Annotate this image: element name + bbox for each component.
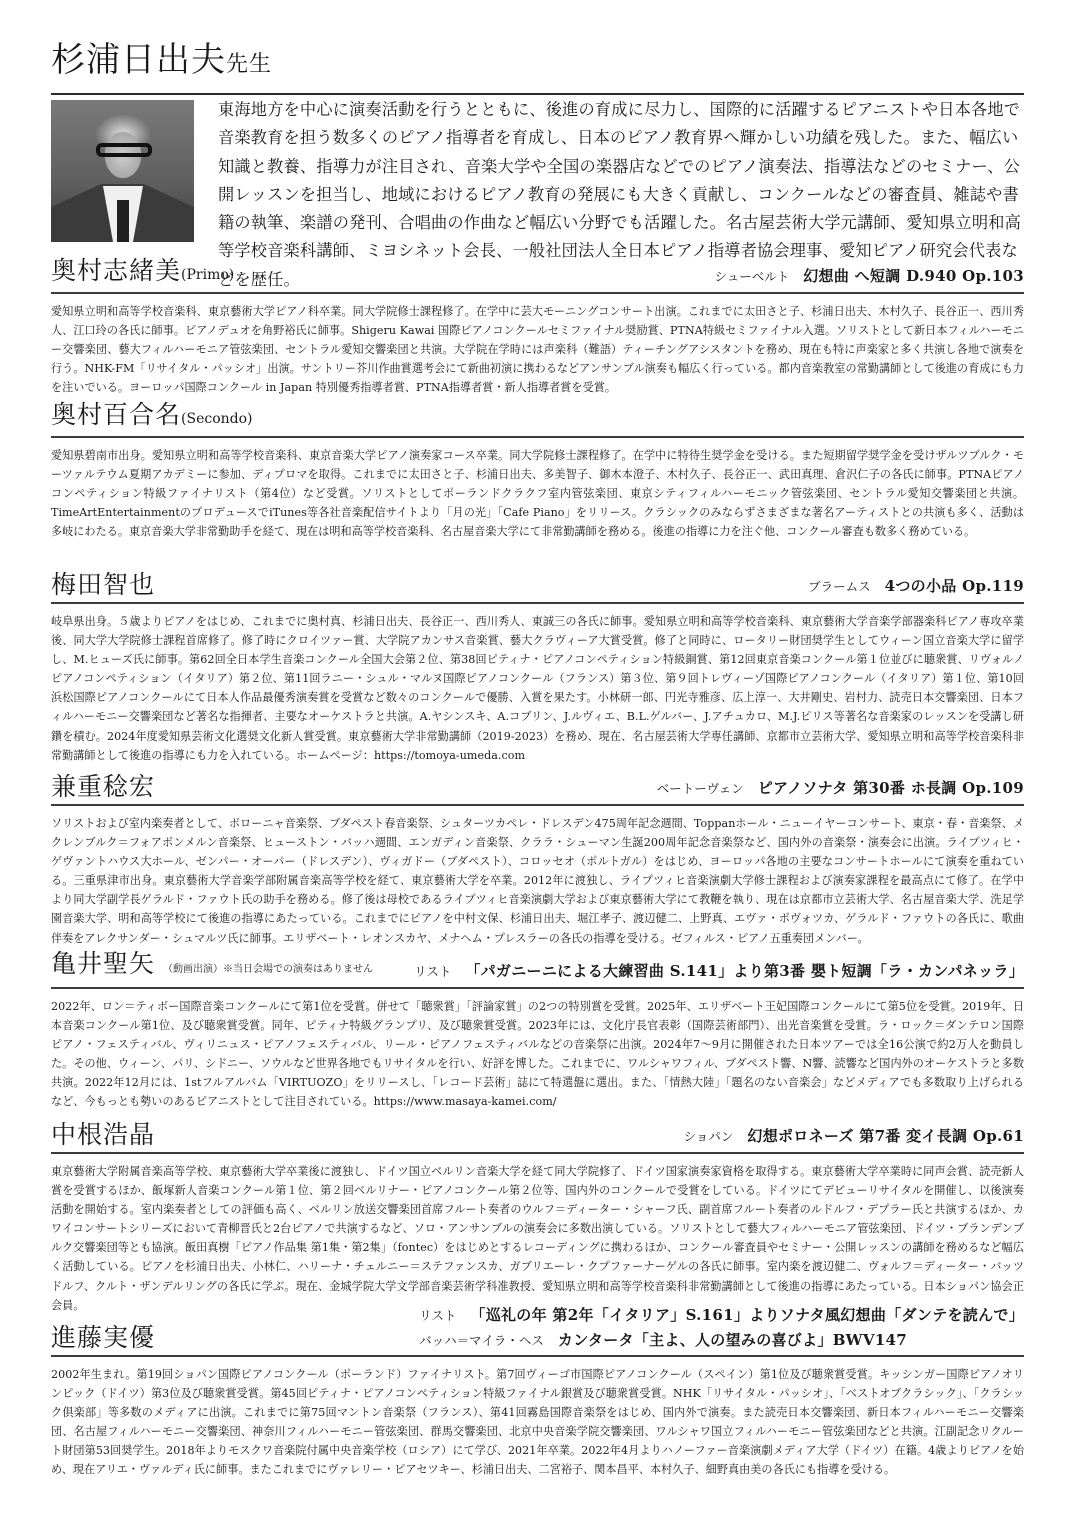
part-role: (Secondo) bbox=[181, 411, 252, 427]
program-pieces: リスト「巡礼の年 第2年「イタリア」S.161」よりソナタ風幻想曲「ダンテを読ん… bbox=[419, 1303, 1024, 1353]
program-piece: ブラームス4つの小品 Op.119 bbox=[808, 575, 1024, 596]
work-title: カンタータ「主よ、人の望みの喜びよ」BWV147 bbox=[558, 1331, 907, 1349]
performer-bio: 東京藝術大学附属音楽高等学校、東京藝術大学卒業後に渡独し、ドイツ国立ベルリン音楽… bbox=[51, 1162, 1024, 1315]
performer-header: 亀井聖矢（動画出演）※当日会場での演奏はありません リスト「パガニーニによる大練… bbox=[51, 955, 1024, 987]
composer: リスト bbox=[414, 964, 451, 979]
performer-header: 兼重稔宏 ベートーヴェンピアノソナタ 第30番 ホ長調 Op.109 bbox=[51, 772, 1024, 804]
divider bbox=[51, 602, 1024, 604]
program-piece: リスト「巡礼の年 第2年「イタリア」S.161」よりソナタ風幻想曲「ダンテを読ん… bbox=[419, 1303, 1024, 1328]
program-piece: リスト「パガニーニによる大練習曲 S.141」より第3番 嬰ト短調「ラ・カンパネ… bbox=[414, 960, 1024, 981]
performer-bio: 愛知県立明和高等学校音楽科、東京藝術大学ピアノ科卒業。同大学院修士課程修了。在学… bbox=[51, 302, 1024, 397]
work-title: 幻想曲 へ短調 D.940 Op.103 bbox=[803, 267, 1024, 285]
name-text: 奥村百合名 bbox=[51, 400, 181, 429]
performer-kamei-masaya: 亀井聖矢（動画出演）※当日会場での演奏はありません リスト「パガニーニによる大練… bbox=[51, 955, 1024, 1112]
performer-name: 奥村百合名(Secondo) bbox=[51, 400, 253, 434]
work-title: ピアノソナタ 第30番 ホ長調 Op.109 bbox=[758, 779, 1024, 797]
performer-header: 梅田智也 ブラームス4つの小品 Op.119 bbox=[51, 570, 1024, 602]
composer: ブラームス bbox=[808, 579, 871, 594]
teacher-header: 杉浦日出夫先生 bbox=[51, 38, 1024, 95]
composer: シューベルト bbox=[714, 269, 789, 284]
performer-bio: ソリストおよび室内楽奏者として、ボローニャ音楽祭、ブダペスト春音楽祭、シュターツ… bbox=[51, 814, 1024, 948]
performer-name: 亀井聖矢（動画出演）※当日会場での演奏はありません bbox=[51, 949, 373, 985]
photo-tie bbox=[117, 200, 129, 242]
name-text: 奥村志緒美 bbox=[51, 256, 181, 285]
composer: ショパン bbox=[684, 1129, 734, 1144]
performer-name: 中根浩晶 bbox=[51, 1120, 155, 1150]
performer-header: 奥村百合名(Secondo) bbox=[51, 404, 1024, 436]
divider bbox=[51, 1355, 1024, 1357]
program-page: 杉浦日出夫先生 東海地方を中心に演奏活動を行うとともに、後進の育成に尽力し、国際… bbox=[0, 0, 1075, 1521]
performer-okumura-shiomi: 奥村志緒美(Primo) シューベルト幻想曲 へ短調 D.940 Op.103 … bbox=[51, 260, 1024, 397]
performer-bio: 2022年、ロン＝ティボー国際音楽コンクールにて第1位を受賞。併せて「聴衆賞」「… bbox=[51, 997, 1024, 1112]
performer-bio: 岐阜県出身。５歳よりピアノをはじめ、これまでに奥村真、杉浦日出夫、長谷正一、西川… bbox=[51, 612, 1024, 765]
divider bbox=[51, 93, 1024, 95]
name-text: 中根浩晶 bbox=[51, 1120, 155, 1149]
divider bbox=[51, 987, 1024, 989]
program-piece: シューベルト幻想曲 へ短調 D.940 Op.103 bbox=[714, 265, 1024, 286]
performer-nakane-hiroaki: 中根浩晶 ショパン幻想ポロネーズ 第7番 変イ長調 Op.61 東京藝術大学附属… bbox=[51, 1120, 1024, 1315]
performer-kaneshige-toshihiro: 兼重稔宏 ベートーヴェンピアノソナタ 第30番 ホ長調 Op.109 ソリストお… bbox=[51, 772, 1024, 948]
work-title: 「パガニーニによる大練習曲 S.141」より第3番 嬰ト短調「ラ・カンパネッラ」 bbox=[465, 962, 1024, 980]
performer-bio: 愛知県碧南市出身。愛知県立明和高等学校音楽科、東京音楽大学ピアノ演奏家コース卒業… bbox=[51, 446, 1024, 541]
divider bbox=[51, 1152, 1024, 1154]
composer: ベートーヴェン bbox=[657, 781, 744, 796]
work-title: 4つの小品 Op.119 bbox=[885, 577, 1024, 595]
name-text: 進藤実優 bbox=[51, 1323, 155, 1352]
performer-shindo-miyu: 進藤実優 リスト「巡礼の年 第2年「イタリア」S.161」よりソナタ風幻想曲「ダ… bbox=[51, 1305, 1024, 1480]
program-piece: ショパン幻想ポロネーズ 第7番 変イ長調 Op.61 bbox=[684, 1125, 1024, 1146]
program-piece: ベートーヴェンピアノソナタ 第30番 ホ長調 Op.109 bbox=[657, 777, 1024, 798]
teacher-honorific: 先生 bbox=[226, 52, 272, 77]
photo-glasses bbox=[96, 143, 152, 157]
portrait-photo bbox=[51, 100, 194, 242]
name-text: 兼重稔宏 bbox=[51, 772, 155, 801]
performer-header: 進藤実優 リスト「巡礼の年 第2年「イタリア」S.161」よりソナタ風幻想曲「ダ… bbox=[51, 1305, 1024, 1355]
divider bbox=[51, 436, 1024, 438]
name-text: 梅田智也 bbox=[51, 570, 155, 599]
teacher-name-text: 杉浦日出夫 bbox=[51, 40, 226, 80]
video-appearance-note: （動画出演）※当日会場での演奏はありません bbox=[163, 964, 373, 975]
performer-name: 進藤実優 bbox=[51, 1323, 155, 1353]
program-piece: バッハ＝マイラ・ヘスカンタータ「主よ、人の望みの喜びよ」BWV147 bbox=[419, 1328, 1024, 1353]
performer-header: 奥村志緒美(Primo) シューベルト幻想曲 へ短調 D.940 Op.103 bbox=[51, 260, 1024, 292]
part-role: (Primo) bbox=[181, 267, 234, 283]
divider bbox=[51, 292, 1024, 294]
teacher-name: 杉浦日出夫先生 bbox=[51, 38, 1024, 87]
performer-header: 中根浩晶 ショパン幻想ポロネーズ 第7番 変イ長調 Op.61 bbox=[51, 1120, 1024, 1152]
composer: リスト bbox=[419, 1308, 456, 1323]
name-text: 亀井聖矢 bbox=[51, 949, 155, 978]
work-title: 「巡礼の年 第2年「イタリア」S.161」よりソナタ風幻想曲「ダンテを読んで」 bbox=[470, 1306, 1024, 1324]
performer-umeda-tomoya: 梅田智也 ブラームス4つの小品 Op.119 岐阜県出身。５歳よりピアノをはじめ… bbox=[51, 570, 1024, 765]
work-title: 幻想ポロネーズ 第7番 変イ長調 Op.61 bbox=[747, 1127, 1024, 1145]
composer: バッハ＝マイラ・ヘス bbox=[419, 1333, 544, 1348]
performer-okumura-yurina: 奥村百合名(Secondo) 愛知県碧南市出身。愛知県立明和高等学校音楽科、東京… bbox=[51, 404, 1024, 541]
performer-name: 奥村志緒美(Primo) bbox=[51, 256, 234, 290]
performer-bio: 2002年生まれ。第19回ショパン国際ピアノコンクール（ポーランド）ファイナリス… bbox=[51, 1365, 1024, 1480]
performer-name: 梅田智也 bbox=[51, 570, 155, 600]
divider bbox=[51, 804, 1024, 806]
performer-name: 兼重稔宏 bbox=[51, 772, 155, 802]
